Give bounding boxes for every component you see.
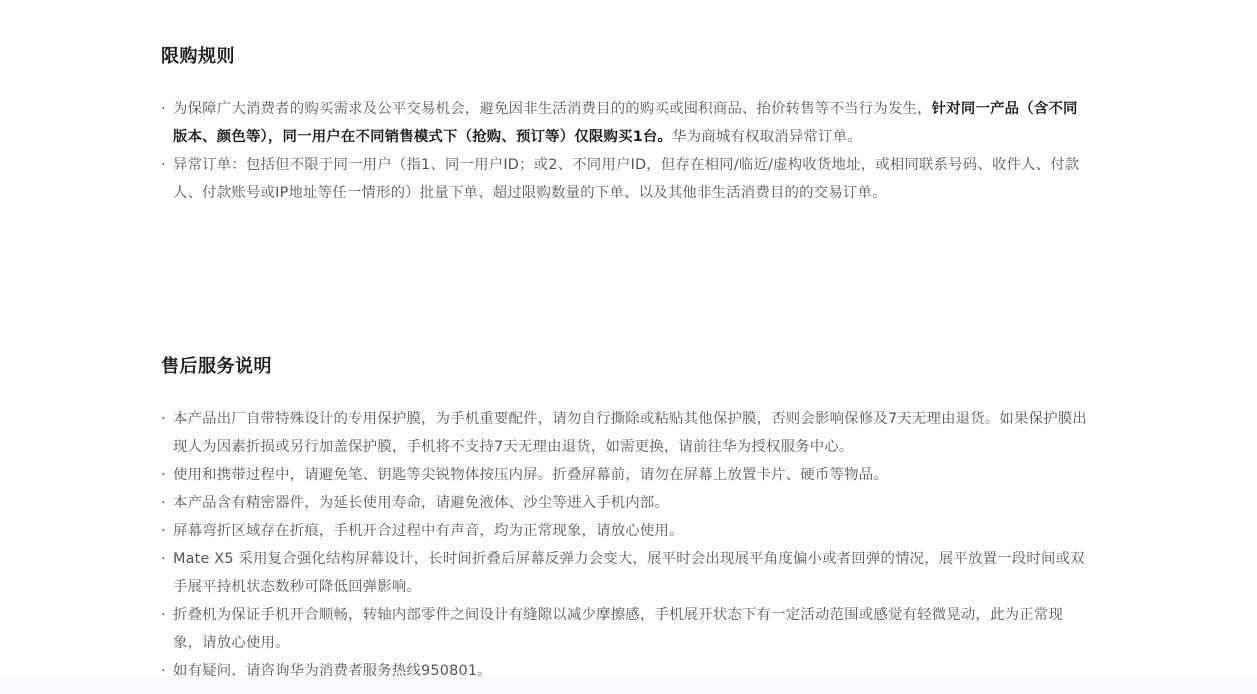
list-item: · 使用和携带过程中，请避免笔、钥匙等尖锐物体按压内屏。折叠屏幕前，请勿在屏幕上… xyxy=(161,461,1091,489)
bottom-band xyxy=(0,676,1257,694)
after-sales-section: 售后服务说明 · 本产品出厂自带特殊设计的专用保护膜，为手机重要配件，请勿自行撕… xyxy=(161,355,1091,685)
service-text: 折叠机为保证手机开合顺畅，转轴内部零件之间设计有缝隙以减少摩擦感，手机展开状态下… xyxy=(173,607,1063,651)
rule-text: 异常订单：包括但不限于同一用户（指1、同一用户ID；或2、不同用户ID，但存在相… xyxy=(173,157,1080,201)
bullet-icon: · xyxy=(161,517,166,545)
list-item: · 折叠机为保证手机开合顺畅，转轴内部零件之间设计有缝隙以减少摩擦感，手机展开状… xyxy=(161,601,1091,657)
bullet-icon: · xyxy=(161,601,166,629)
bullet-icon: · xyxy=(161,151,166,179)
rule-text: 为保障广大消费者的购买需求及公平交易机会，避免因非生活消费目的的购买或囤积商品、… xyxy=(173,101,932,117)
list-item: · 本产品含有精密器件，为延长使用寿命，请避免液体、沙尘等进入手机内部。 xyxy=(161,489,1091,517)
after-sales-title: 售后服务说明 xyxy=(161,355,1091,379)
purchase-limit-list: · 为保障广大消费者的购买需求及公平交易机会，避免因非生活消费目的的购买或囤积商… xyxy=(161,95,1091,207)
bullet-icon: · xyxy=(161,489,166,517)
service-text: 使用和携带过程中，请避免笔、钥匙等尖锐物体按压内屏。折叠屏幕前，请勿在屏幕上放置… xyxy=(173,467,888,483)
list-item: · 本产品出厂自带特殊设计的专用保护膜，为手机重要配件，请勿自行撕除或粘贴其他保… xyxy=(161,405,1091,461)
list-item: · Mate X5 采用复合强化结构屏幕设计，长时间折叠后屏幕反弹力会变大，展平… xyxy=(161,545,1091,601)
purchase-limit-title: 限购规则 xyxy=(161,45,1091,69)
list-item: · 异常订单：包括但不限于同一用户（指1、同一用户ID；或2、不同用户ID，但存… xyxy=(161,151,1091,207)
list-item: · 为保障广大消费者的购买需求及公平交易机会，避免因非生活消费目的的购买或囤积商… xyxy=(161,95,1091,151)
after-sales-list: · 本产品出厂自带特殊设计的专用保护膜，为手机重要配件，请勿自行撕除或粘贴其他保… xyxy=(161,405,1091,685)
bullet-icon: · xyxy=(161,95,166,123)
bullet-icon: · xyxy=(161,545,166,573)
bullet-icon: · xyxy=(161,461,166,489)
service-text: 本产品出厂自带特殊设计的专用保护膜，为手机重要配件，请勿自行撕除或粘贴其他保护膜… xyxy=(173,411,1087,455)
bullet-icon: · xyxy=(161,405,166,433)
service-text: 屏幕弯折区域存在折痕，手机开合过程中有声音，均为正常现象，请放心使用。 xyxy=(173,523,684,539)
page: 限购规则 · 为保障广大消费者的购买需求及公平交易机会，避免因非生活消费目的的购… xyxy=(0,0,1257,694)
service-text: Mate X5 采用复合强化结构屏幕设计，长时间折叠后屏幕反弹力会变大，展平时会… xyxy=(173,551,1085,595)
service-text: 本产品含有精密器件，为延长使用寿命，请避免液体、沙尘等进入手机内部。 xyxy=(173,495,669,511)
purchase-limit-section: 限购规则 · 为保障广大消费者的购买需求及公平交易机会，避免因非生活消费目的的购… xyxy=(161,45,1091,207)
rule-text-tail: 华为商城有权取消异常订单。 xyxy=(672,129,862,145)
list-item: · 屏幕弯折区域存在折痕，手机开合过程中有声音，均为正常现象，请放心使用。 xyxy=(161,517,1091,545)
